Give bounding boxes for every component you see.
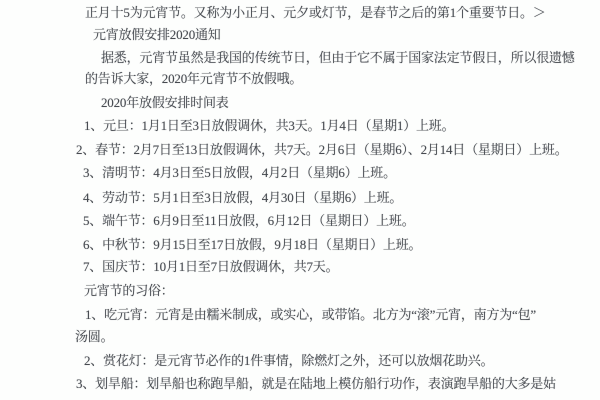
intro-line: 正月十5为元宵节。又称为小正月、元夕或灯节，是春节之后的第1个重要节日。＞ <box>85 6 546 20</box>
schedule-item-labor: 4、劳动节：5月1日至3日放假，4月30日（星期6）上班。 <box>83 191 402 205</box>
schedule-item-spring: 2、春节：2月7日至13日放假调休，共7天。2月6日（星期6）、2月14日（星期… <box>76 143 568 157</box>
schedule-item-midautumn: 6、中秋节：9月15日至17日放假，9月18日（星期日）上班。 <box>83 238 421 252</box>
schedule-title: 2020年放假安排时间表 <box>101 96 229 110</box>
custom-item-3: 3、划旱船：划旱船也称跑旱船，就是在陆地上模仿船行功作，表演跑旱船的大多是姑 <box>76 377 556 391</box>
schedule-item-qingming: 3、清明节：4月3日至5日放假，4月2日（星期6）上班。 <box>83 166 396 180</box>
schedule-item-new-year: 1、元旦：1月1日至3日放假调休，共3天。1月4日（星期1）上班。 <box>84 119 454 133</box>
notice-body-line-2: 的告诉大家，2020年元宵节不放假哦。 <box>85 72 302 86</box>
schedule-item-duanwu: 5、端午节：6月9日至11日放假，6月12日（星期日）上班。 <box>83 214 415 228</box>
document-page: 正月十5为元宵节。又称为小正月、元夕或灯节，是春节之后的第1个重要节日。＞ 元宵… <box>0 0 600 400</box>
custom-item-2: 2、赏花灯：是元宵节必作的1件事情，除燃灯之外，还可以放烟花助兴。 <box>84 354 493 368</box>
schedule-item-national: 7、国庆节：10月1日至7日放假调休，共7天。 <box>83 260 338 274</box>
custom-item-1-line-1: 1、吃元宵：元宵是由糯米制成，或实心，或带馅。北方为“滚”元宵，南方为“包” <box>85 308 536 322</box>
custom-item-1-line-2: 汤圆。 <box>75 330 113 344</box>
customs-title: 元宵节的习俗： <box>84 284 174 298</box>
notice-body-line-1: 据悉，元宵节虽然是我国的传统节日，但由于它不属于国家法定节假日，所以很遗憾 <box>101 51 575 65</box>
notice-title: 元宵放假安排2020通知 <box>93 28 221 42</box>
